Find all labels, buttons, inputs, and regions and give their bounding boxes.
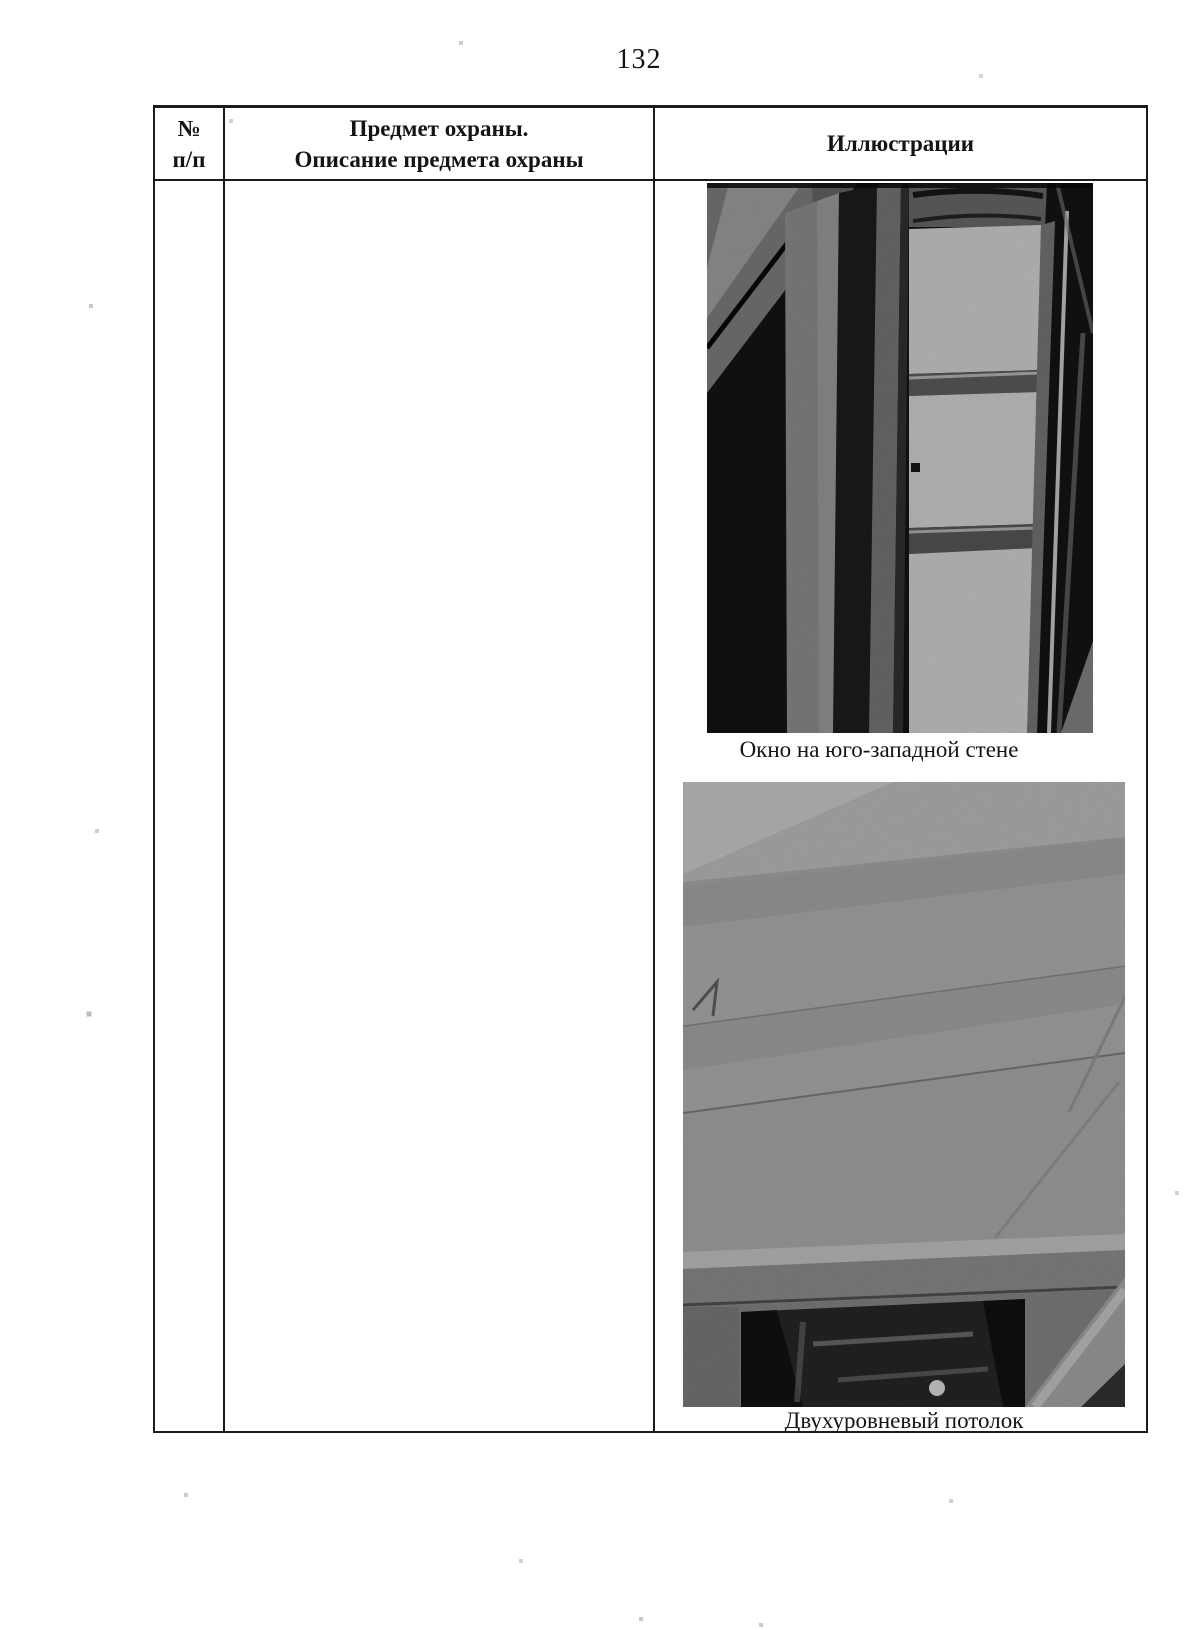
page-number: 132 [0,44,1200,76]
header-number-line2: п/п [173,144,206,175]
figure-ceiling-caption: Двухуровневый потолок [683,1408,1125,1433]
figure-ceiling: Двухуровневый потолок [683,782,1125,1433]
figure-window: Окно на юго-западной стене [707,183,1093,762]
figure-window-caption: Окно на юго-западной стене [707,737,1093,762]
window-photo-image [707,183,1093,733]
scanned-document-page: 132 № п/п Предмет охраны. Описание предм… [0,0,1200,1630]
header-illustrations-label: Иллюстрации [827,128,974,159]
ceiling-photo-image [683,782,1125,1407]
protection-objects-table: № п/п Предмет охраны. Описание предмета … [153,105,1148,1433]
header-subject-line2: Описание предмета охраны [294,144,583,175]
body-cell-illustrations: Окно на юго-западной стене [655,181,1146,1431]
body-cell-description-empty [225,181,655,1431]
header-cell-illustrations: Иллюстрации [655,108,1146,181]
header-subject-line1: Предмет охраны. [350,113,529,144]
body-cell-number-empty [155,181,225,1431]
header-cell-subject: Предмет охраны. Описание предмета охраны [225,108,655,181]
header-cell-number: № п/п [155,108,225,181]
header-number-line1: № [177,113,200,144]
scan-noise-speckles [0,0,2,2]
